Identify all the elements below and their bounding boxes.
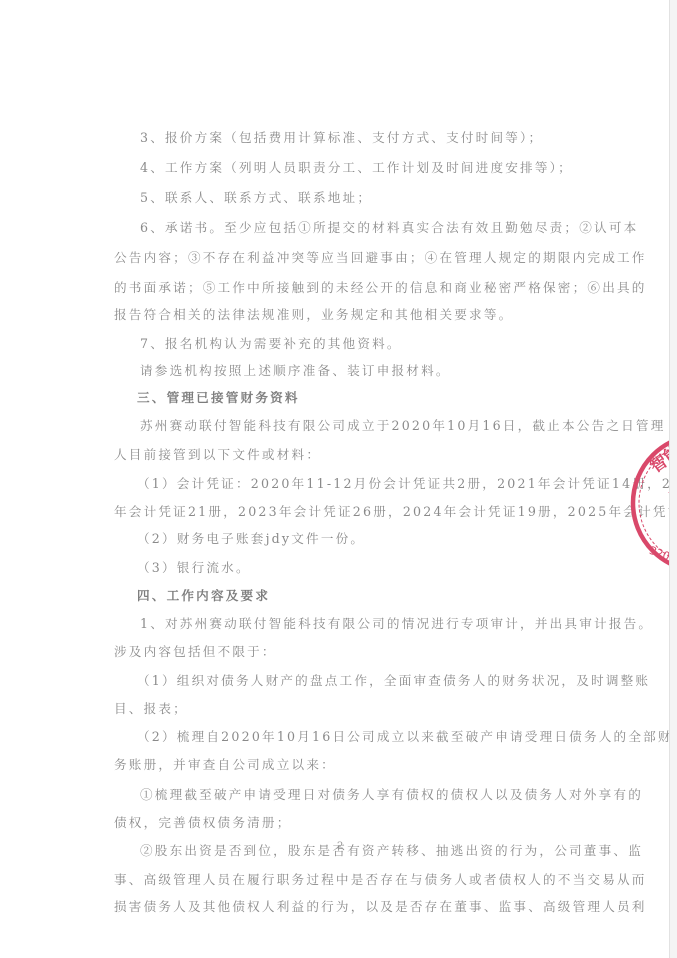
- text-line: 1、对苏州赛动联付智能科技有限公司的情况进行专项审计，并出具审计报告。: [140, 616, 653, 632]
- text-line: （3）银行流水。: [137, 560, 251, 576]
- text-line: 的书面承诺；⑤工作中所接触到的未经公开的信息和商业秘密严格保密；⑥出具的: [114, 280, 647, 296]
- text-line: （1）组织对债务人财产的盘点工作，全面审查债务人的财务状况，及时调整账: [137, 673, 650, 689]
- text-line: ②股东出资是否到位，股东是否有资产转移、抽逃出资的行为，公司董事、监: [140, 843, 643, 859]
- text-line: （1）会计凭证：2020年11-12月份会计凭证共2册，2021年会计凭证14册…: [137, 476, 669, 492]
- page-number: 2: [337, 841, 343, 852]
- company-seal-stamp: 智能科 32051: [626, 428, 669, 578]
- text-line: ①梳理截至破产申请受理日对债务人享有债权的债权人以及债务人对外享有的: [140, 787, 643, 803]
- section-heading: 四、工作内容及要求: [137, 588, 270, 604]
- text-line: 务账册，并审查自公司成立以来：: [114, 757, 336, 773]
- text-line: 公告内容；③不存在利益冲突等应当回避事由；④在管理人规定的期限内完成工作: [114, 250, 647, 266]
- page-edge: [669, 0, 670, 958]
- text-line: 目、报表；: [114, 701, 188, 717]
- text-line: 损害债务人及其他债权人利益的行为，以及是否存在董事、监事、高级管理人员利: [114, 899, 647, 915]
- text-line: 4、工作方案（列明人员职责分工、工作计划及时间进度安排等）；: [140, 160, 573, 176]
- text-line: 苏州赛动联付智能科技有限公司成立于2020年10月16日，截止本公告之日管理: [140, 418, 666, 434]
- text-line: 3、报价方案（包括费用计算标准、支付方式、支付时间等）；: [140, 130, 543, 146]
- svg-text:智能科: 智能科: [646, 430, 669, 477]
- text-line: 请参选机构按照上述顺序准备、装订申报材料。: [140, 363, 451, 379]
- text-line: 7、报名机构认为需要补充的其他资料。: [140, 336, 402, 352]
- text-line: 人目前接管到以下文件或材料：: [114, 447, 321, 463]
- text-line: （2）财务电子账套jdy文件一份。: [137, 531, 365, 547]
- text-line: 5、联系人、联系方式、联系地址；: [140, 190, 372, 206]
- text-line: 年会计凭证21册，2023年会计凭证26册，2024年会计凭证19册，2025年…: [114, 504, 669, 520]
- document-page: 3、报价方案（包括费用计算标准、支付方式、支付时间等）；4、工作方案（列明人员职…: [0, 0, 669, 958]
- text-line: 事、高级管理人员在履行职务过程中是否存在与债务人或者债权人的不当交易从而: [114, 872, 647, 888]
- svg-text:32051: 32051: [647, 544, 669, 568]
- text-line: 涉及内容包括但不限于：: [114, 644, 277, 660]
- text-line: 债权，完善债权债务清册；: [114, 815, 292, 831]
- text-line: 报告符合相关的法律法规准则，业务规定和其他相关要求等。: [114, 307, 513, 323]
- section-heading: 三、管理已接管财务资料: [137, 390, 300, 406]
- text-line: （2）梳理自2020年10月16日公司成立以来截至破产申请受理日债务人的全部财: [137, 729, 669, 745]
- text-line: 6、承诺书。至少应包括①所提交的材料真实合法有效且勤勉尽责；②认可本: [140, 220, 638, 236]
